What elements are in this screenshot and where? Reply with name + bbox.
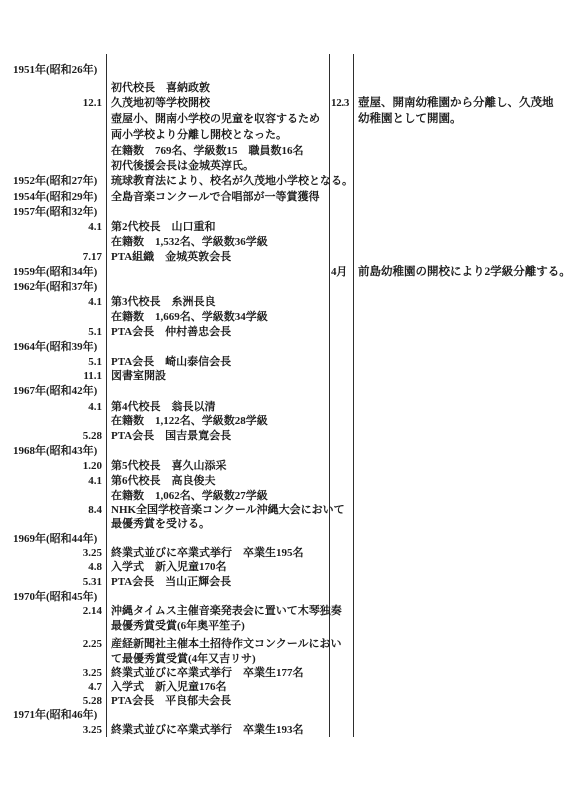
table-row: 両小学校より分離し開校となった。 — [0, 128, 566, 144]
event-text: 入学式 新入児童170名 — [111, 560, 227, 574]
event-text: PTA組織 金城英敦会長 — [111, 250, 231, 264]
table-row: 1959年(昭和34年)4月前島幼稚園の開校により2学級分離する。 — [0, 265, 566, 281]
table-row: 壺屋小、開南小学校の児童を収容するため幼稚園として開園。 — [0, 112, 566, 128]
date-label: 5.28 — [0, 694, 102, 708]
table-row: 4.8入学式 新入児童170名 — [0, 560, 566, 576]
right-event-text: 壺屋、開南幼稚園から分離し、久茂地 — [358, 96, 554, 110]
table-row: 4.1第6代校長 高良俊夫 — [0, 474, 566, 490]
date-label: 12.1 — [0, 96, 102, 110]
event-text: PTA会長 国吉景寛会長 — [111, 429, 231, 443]
date-label: 3.25 — [0, 666, 102, 680]
date-label: 5.1 — [0, 325, 102, 339]
date-label: 5.1 — [0, 355, 102, 369]
table-row: 1.20第5代校長 喜久山添采 — [0, 459, 566, 475]
table-row: 5.1PTA会長 仲村善忠会長 — [0, 325, 566, 341]
event-text: 在籍数 1,062名、学級数27学級 — [111, 489, 268, 503]
event-text: 入学式 新入児童176名 — [111, 680, 227, 694]
table-row: 2.25産経新聞社主催本土招待作文コンクールにおい — [0, 637, 566, 653]
table-row: 在籍数 1,532名、学級数36学級 — [0, 235, 566, 251]
table-row: 1964年(昭和39年) — [0, 340, 566, 356]
date-label: 7.17 — [0, 250, 102, 264]
event-text: 両小学校より分離し開校となった。 — [111, 128, 287, 142]
event-text: NHK全国学校音楽コンクール沖縄大会において — [111, 503, 345, 517]
table-row: 5.28PTA会長 国吉景寛会長 — [0, 429, 566, 445]
right-event-text: 前島幼稚園の開校により2学級分離する。 — [358, 265, 566, 279]
table-row: 4.1第3代校長 糸洲長良 — [0, 295, 566, 311]
date-label: 4.1 — [0, 295, 102, 309]
event-text: 沖縄タイムス主催音楽発表会に置いて木琴独奏 — [111, 604, 342, 618]
date-label: 2.14 — [0, 604, 102, 618]
year-label: 1962年(昭和37年) — [13, 280, 97, 294]
event-text: 初代校長 喜納政敦 — [111, 81, 210, 95]
event-text: 最優秀賞受賞(6年奥平笙子) — [111, 619, 245, 633]
event-text: て最優秀賞受賞(4年又吉リサ) — [111, 652, 256, 666]
event-text: 在籍数 1,122名、学級数28学級 — [111, 414, 268, 428]
date-label: 4.7 — [0, 680, 102, 694]
right-date-label: 4月 — [331, 265, 352, 279]
table-row: 初代校長 喜納政敦 — [0, 81, 566, 97]
date-label: 5.31 — [0, 575, 102, 589]
date-label: 8.4 — [0, 503, 102, 517]
table-row: 1962年(昭和37年) — [0, 280, 566, 296]
event-text: 琉球教育法により、校名が久茂地小学校となる。 — [111, 174, 353, 188]
event-text: 第2代校長 山口重和 — [111, 220, 216, 234]
table-row: 初代後援会長は金城英淳氏。 — [0, 159, 566, 175]
table-row: 4.1第2代校長 山口重和 — [0, 220, 566, 236]
year-label: 1959年(昭和34年) — [13, 265, 97, 279]
year-label: 1970年(昭和45年) — [13, 590, 97, 604]
table-row: 5.31PTA会長 当山正輝会長 — [0, 575, 566, 591]
year-label: 1969年(昭和44年) — [13, 532, 97, 546]
event-text: 第5代校長 喜久山添采 — [111, 459, 227, 473]
event-text: 久茂地初等学校開校 — [111, 96, 210, 110]
year-label: 1952年(昭和27年) — [13, 174, 97, 188]
date-label: 4.1 — [0, 220, 102, 234]
year-label: 1971年(昭和46年) — [13, 708, 97, 722]
event-text: PTA会長 崎山泰信会長 — [111, 355, 231, 369]
event-text: PTA会長 当山正輝会長 — [111, 575, 231, 589]
event-text: 産経新聞社主催本土招待作文コンクールにおい — [111, 637, 342, 651]
table-row: 3.25終業式並びに卒業式挙行 卒業生193名 — [0, 723, 566, 739]
table-row: 11.1図書室開設 — [0, 369, 566, 385]
table-row: 1957年(昭和32年) — [0, 205, 566, 221]
event-text: 終業式並びに卒業式挙行 卒業生177名 — [111, 666, 304, 680]
date-label: 5.28 — [0, 429, 102, 443]
table-row: 在籍数 1,669名、学級数34学級 — [0, 310, 566, 326]
event-text: 第6代校長 高良俊夫 — [111, 474, 216, 488]
year-label: 1964年(昭和39年) — [13, 340, 97, 354]
year-label: 1954年(昭和29年) — [13, 190, 97, 204]
event-text: 最優秀賞を受ける。 — [111, 517, 210, 531]
event-text: 全島音楽コンクールで合唱部が一等賞獲得 — [111, 190, 320, 204]
right-date-label: 12.3 — [331, 96, 352, 110]
event-text: 第3代校長 糸洲長良 — [111, 295, 216, 309]
event-text: 初代後援会長は金城英淳氏。 — [111, 159, 254, 173]
table-row: 最優秀賞を受ける。 — [0, 517, 566, 533]
table-row: 最優秀賞受賞(6年奥平笙子) — [0, 619, 566, 635]
year-label: 1967年(昭和42年) — [13, 384, 97, 398]
event-text: 終業式並びに卒業式挙行 卒業生195名 — [111, 546, 304, 560]
table-row: 2.14沖縄タイムス主催音楽発表会に置いて木琴独奏 — [0, 604, 566, 620]
year-label: 1968年(昭和43年) — [13, 444, 97, 458]
event-text: 終業式並びに卒業式挙行 卒業生193名 — [111, 723, 304, 737]
year-label: 1951年(昭和26年) — [13, 63, 97, 77]
event-text: 在籍数 1,532名、学級数36学級 — [111, 235, 268, 249]
table-row: 1952年(昭和27年)琉球教育法により、校名が久茂地小学校となる。 — [0, 174, 566, 190]
table-row: 1967年(昭和42年) — [0, 384, 566, 400]
table-row: 1968年(昭和43年) — [0, 444, 566, 460]
date-label: 3.25 — [0, 723, 102, 737]
table-row: 7.17PTA組織 金城英敦会長 — [0, 250, 566, 266]
table-row: 1971年(昭和46年) — [0, 708, 566, 724]
table-row: 1951年(昭和26年) — [0, 63, 566, 79]
date-label: 4.1 — [0, 474, 102, 488]
table-row: 在籍数 769名、学級数15 職員数16名 — [0, 144, 566, 160]
table-row: 12.1久茂地初等学校開校12.3壺屋、開南幼稚園から分離し、久茂地 — [0, 96, 566, 112]
right-event-text: 幼稚園として開園。 — [358, 112, 462, 126]
event-text: 第4代校長 翁長以清 — [111, 400, 216, 414]
date-label: 2.25 — [0, 637, 102, 651]
event-text: 在籍数 1,669名、学級数34学級 — [111, 310, 268, 324]
event-text: PTA会長 仲村善忠会長 — [111, 325, 231, 339]
document-page: 1951年(昭和26年)初代校長 喜納政敦12.1久茂地初等学校開校12.3壺屋… — [0, 0, 566, 800]
event-text: 在籍数 769名、学級数15 職員数16名 — [111, 144, 304, 158]
year-label: 1957年(昭和32年) — [13, 205, 97, 219]
table-row: 在籍数 1,122名、学級数28学級 — [0, 414, 566, 430]
date-label: 4.1 — [0, 400, 102, 414]
table-row: 1954年(昭和29年)全島音楽コンクールで合唱部が一等賞獲得 — [0, 190, 566, 206]
event-text: 壺屋小、開南小学校の児童を収容するため — [111, 112, 320, 126]
date-label: 4.8 — [0, 560, 102, 574]
event-text: 図書室開設 — [111, 369, 166, 383]
date-label: 1.20 — [0, 459, 102, 473]
date-label: 11.1 — [0, 369, 102, 383]
event-text: PTA会長 平良郁夫会長 — [111, 694, 231, 708]
date-label: 3.25 — [0, 546, 102, 560]
